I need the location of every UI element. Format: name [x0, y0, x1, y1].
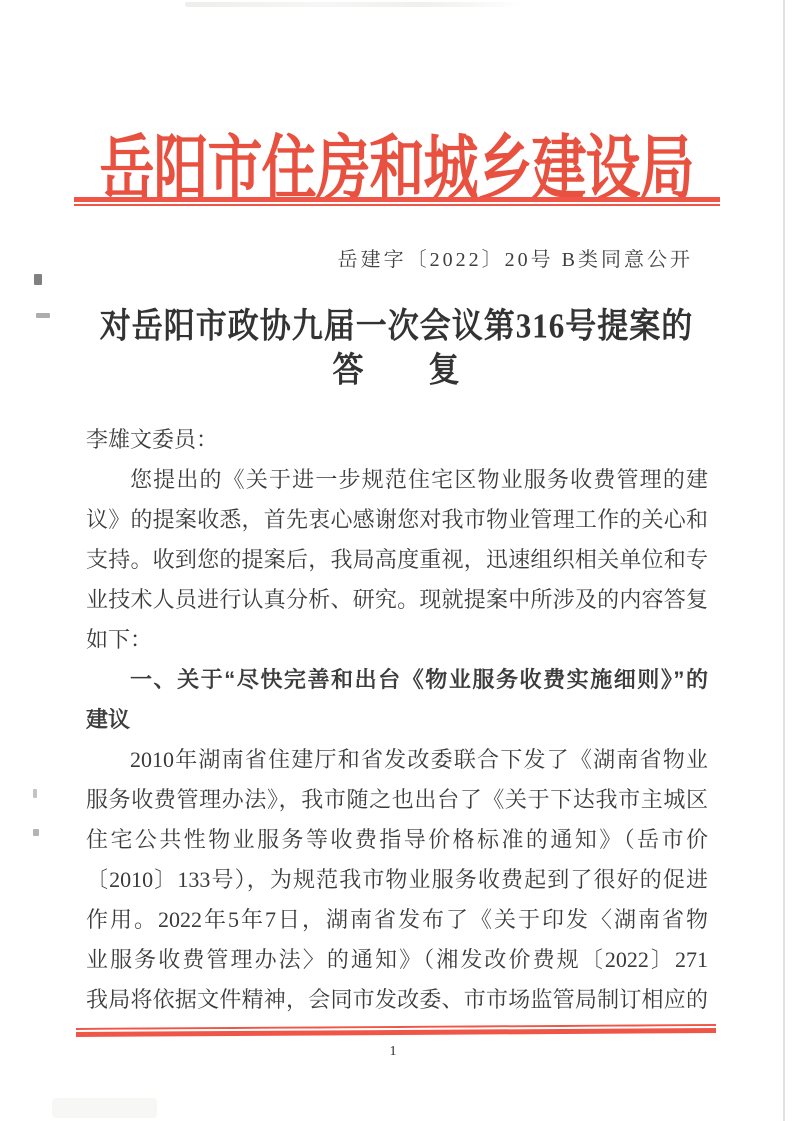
- scan-smudge: [185, 2, 525, 7]
- body-line: 服务收费管理办法》，我市随之也出台了《关于下达我市主城区: [86, 780, 708, 820]
- rule-thin-line: [74, 204, 720, 206]
- document-body: 李雄文委员： 您提出的《关于进一步规范住宅区物业服务收费管理的建 议》的提案收悉…: [86, 420, 708, 1020]
- scan-speck: [34, 274, 42, 285]
- body-line: 如下：: [86, 620, 708, 660]
- body-line: 您提出的《关于进一步规范住宅区物业服务收费管理的建: [86, 460, 708, 500]
- scanned-document-page: 岳阳市住房和城乡建设局 岳建字〔2022〕20号 B类同意公开 对岳阳市政协九届…: [0, 0, 793, 1121]
- body-line: 2010年湖南省住建厅和省发改委联合下发了《湖南省物业: [86, 740, 708, 780]
- body-line: 〔2010〕133号），为规范我市物业服务收费起到了很好的促进: [86, 860, 708, 900]
- section-heading-line: 一、关于“尽快完善和出台《物业服务收费实施细则》”的: [86, 660, 708, 700]
- letterhead-double-rule: [74, 197, 720, 206]
- body-line: 住宅公共性物业服务等收费指导价格标准的通知》（岳市价: [86, 820, 708, 860]
- page-number: 1: [0, 1044, 786, 1060]
- body-line: 支持。收到您的提案后，我局高度重视，迅速组织相关单位和专: [86, 540, 708, 580]
- body-line: 业服务收费管理办法〉的通知》（湘发改价费规〔2022〕271号），: [86, 940, 708, 980]
- footer-double-rule: [76, 1024, 716, 1037]
- document-title-line-2: 答 复: [0, 341, 793, 391]
- scan-patch: [52, 1098, 157, 1118]
- body-line: 议》的提案收悉，首先衷心感谢您对我市物业管理工作的关心和: [86, 500, 708, 540]
- body-line: 业技术人员进行认真分析、研究。现就提案中所涉及的内容答复: [86, 580, 708, 620]
- salutation: 李雄文委员：: [86, 420, 708, 460]
- body-line: 我局将依据文件精神，会同市发改委、市市场监管局制订相应的: [86, 980, 708, 1020]
- scan-speck: [33, 829, 39, 836]
- section-heading-line: 建议: [86, 700, 708, 740]
- body-line: 作用。2022年5年7日，湖南省发布了《关于印发〈湖南省物: [86, 900, 708, 940]
- document-title-line-1: 对岳阳市政协九届一次会议第316号提案的: [0, 297, 793, 347]
- scan-speck: [33, 789, 37, 798]
- document-number: 岳建字〔2022〕20号 B类同意公开: [338, 243, 693, 272]
